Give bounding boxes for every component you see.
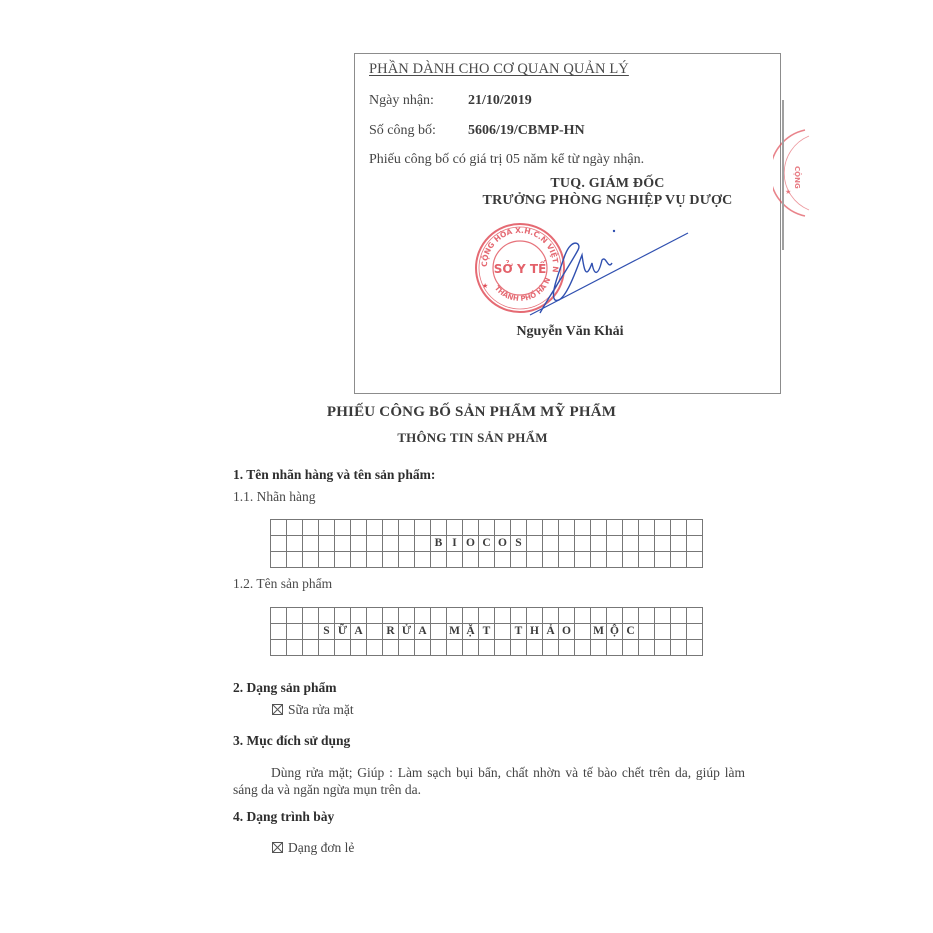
presentation-option-label: Dạng đơn lẻ: [288, 840, 354, 855]
grid-cell: [687, 624, 703, 640]
grid-cell: Ộ: [607, 624, 623, 640]
grid-cell: [319, 640, 335, 656]
grid-cell: [575, 552, 591, 568]
grid-cell: [591, 520, 607, 536]
grid-cell: [287, 536, 303, 552]
grid-cell: [399, 536, 415, 552]
grid-cell: [543, 640, 559, 656]
grid-cell: [287, 608, 303, 624]
grid-cell: [399, 608, 415, 624]
grid-cell: [559, 520, 575, 536]
grid-cell: [495, 640, 511, 656]
grid-cell: [335, 552, 351, 568]
grid-cell: T: [479, 624, 495, 640]
grid-cell: [687, 520, 703, 536]
grid-cell: [367, 536, 383, 552]
grid-cell: [575, 608, 591, 624]
grid-cell: [271, 536, 287, 552]
grid-cell: [639, 624, 655, 640]
grid-cell: [367, 552, 383, 568]
grid-cell: C: [623, 624, 639, 640]
announcement-no-label: Số công bố:: [369, 123, 436, 139]
grid-cell: [335, 520, 351, 536]
grid-cell: [559, 552, 575, 568]
grid-cell: [303, 608, 319, 624]
grid-cell: [639, 520, 655, 536]
grid-cell: [463, 608, 479, 624]
grid-cell: [559, 608, 575, 624]
grid-cell: [335, 536, 351, 552]
grid-cell: [431, 520, 447, 536]
grid-cell: [431, 552, 447, 568]
grid-cell: [383, 608, 399, 624]
grid-cell: I: [447, 536, 463, 552]
grid-cell: [479, 640, 495, 656]
checked-box-icon: [272, 704, 283, 715]
grid-cell: [463, 520, 479, 536]
grid-cell: [383, 520, 399, 536]
grid-cell: [447, 520, 463, 536]
side-stamp-fragment-icon: CỘNG ★: [773, 128, 813, 218]
grid-cell: [303, 640, 319, 656]
grid-cell: [607, 520, 623, 536]
grid-cell: [607, 608, 623, 624]
grid-cell: [319, 608, 335, 624]
grid-cell: [431, 640, 447, 656]
grid-cell: [655, 624, 671, 640]
grid-cell: [335, 640, 351, 656]
grid-cell: [495, 520, 511, 536]
grid-cell: [591, 552, 607, 568]
grid-cell: [527, 608, 543, 624]
grid-cell: [399, 640, 415, 656]
grid-cell: [687, 640, 703, 656]
grid-cell: [543, 520, 559, 536]
grid-cell: [671, 608, 687, 624]
product-name-grid: SỮARỬAMẶTTHẢOMỘC: [270, 607, 703, 656]
document-subtitle: THÔNG TIN SẢN PHẨM: [6, 430, 933, 446]
grid-cell: H: [527, 624, 543, 640]
grid-cell: [527, 552, 543, 568]
grid-cell: [575, 624, 591, 640]
signature-icon: [510, 225, 700, 325]
grid-cell: O: [559, 624, 575, 640]
grid-cell: A: [415, 624, 431, 640]
grid-cell: [271, 520, 287, 536]
grid-cell: [447, 552, 463, 568]
grid-cell: [527, 536, 543, 552]
brand-label: 1.1. Nhãn hàng: [233, 489, 315, 505]
grid-cell: [303, 552, 319, 568]
grid-cell: [303, 536, 319, 552]
grid-cell: [575, 536, 591, 552]
grid-cell: [271, 624, 287, 640]
document-title: PHIẾU CÔNG BỐ SẢN PHẨM MỸ PHẨM: [5, 404, 933, 421]
grid-cell: [495, 608, 511, 624]
checked-box-icon: [272, 842, 283, 853]
grid-cell: [511, 608, 527, 624]
grid-cell: [687, 536, 703, 552]
grid-cell: [591, 608, 607, 624]
grid-cell: Ả: [543, 624, 559, 640]
presentation-option: Dạng đơn lẻ: [272, 840, 354, 856]
section-2-heading: 2. Dạng sản phẩm: [233, 680, 337, 696]
grid-cell: Ử: [399, 624, 415, 640]
grid-cell: [623, 536, 639, 552]
grid-cell: Ặ: [463, 624, 479, 640]
grid-cell: [655, 608, 671, 624]
brand-name-grid: BIOCOS: [270, 519, 703, 568]
grid-cell: [543, 552, 559, 568]
page-edge-line: [782, 100, 784, 250]
grid-cell: [607, 552, 623, 568]
grid-cell: [447, 640, 463, 656]
grid-cell: [367, 608, 383, 624]
section-1-heading: 1. Tên nhãn hàng và tên sản phẩm:: [233, 467, 435, 483]
official-use-heading: PHẦN DÀNH CHO CƠ QUAN QUẢN LÝ: [369, 61, 629, 78]
grid-cell: [383, 536, 399, 552]
svg-text:CỘNG: CỘNG: [793, 166, 802, 189]
grid-cell: O: [495, 536, 511, 552]
grid-cell: [367, 520, 383, 536]
grid-cell: [495, 552, 511, 568]
grid-cell: [383, 640, 399, 656]
grid-cell: M: [447, 624, 463, 640]
grid-cell: S: [319, 624, 335, 640]
grid-cell: R: [383, 624, 399, 640]
grid-cell: [287, 552, 303, 568]
grid-cell: [415, 552, 431, 568]
grid-cell: [335, 608, 351, 624]
signer-name: Nguyễn Văn Khải: [495, 324, 645, 340]
grid-cell: S: [511, 536, 527, 552]
grid-cell: [479, 520, 495, 536]
svg-text:★: ★: [482, 282, 488, 290]
grid-cell: [671, 536, 687, 552]
grid-cell: [351, 640, 367, 656]
grid-cell: [607, 640, 623, 656]
grid-cell: [543, 608, 559, 624]
grid-cell: [527, 520, 543, 536]
grid-cell: [399, 552, 415, 568]
grid-cell: [671, 624, 687, 640]
svg-text:★: ★: [785, 188, 791, 196]
sign-title-director: TUQ. GIÁM ĐỐC: [395, 176, 820, 192]
grid-cell: Ữ: [335, 624, 351, 640]
usage-purpose-text: Dùng rửa mặt; Giúp : Làm sạch bụi bẩn, c…: [233, 764, 745, 798]
grid-cell: [431, 624, 447, 640]
grid-cell: [271, 552, 287, 568]
grid-cell: [463, 552, 479, 568]
grid-cell: [463, 640, 479, 656]
grid-cell: [351, 520, 367, 536]
grid-cell: [351, 552, 367, 568]
sign-title-department: TRƯỞNG PHÒNG NGHIỆP VỤ DƯỢC: [395, 193, 820, 209]
grid-cell: [319, 536, 335, 552]
grid-cell: [431, 608, 447, 624]
grid-cell: [591, 536, 607, 552]
grid-cell: [623, 608, 639, 624]
grid-cell: [447, 608, 463, 624]
grid-cell: M: [591, 624, 607, 640]
grid-cell: [367, 624, 383, 640]
product-form-option-label: Sữa rửa mặt: [288, 702, 354, 717]
grid-cell: [671, 640, 687, 656]
grid-cell: [351, 536, 367, 552]
received-date-label: Ngày nhận:: [369, 93, 434, 109]
product-form-option: Sữa rửa mặt: [272, 702, 354, 718]
received-date-value: 21/10/2019: [468, 93, 532, 109]
grid-cell: [511, 552, 527, 568]
grid-cell: [415, 640, 431, 656]
product-name-label: 1.2. Tên sản phẩm: [233, 576, 332, 592]
section-4-heading: 4. Dạng trình bày: [233, 809, 334, 825]
grid-cell: [303, 520, 319, 536]
grid-cell: [367, 640, 383, 656]
official-use-box: PHẦN DÀNH CHO CƠ QUAN QUẢN LÝ Ngày nhận:…: [354, 53, 781, 394]
grid-cell: [511, 520, 527, 536]
grid-cell: [687, 552, 703, 568]
grid-cell: [575, 640, 591, 656]
grid-cell: [271, 608, 287, 624]
grid-cell: [271, 640, 287, 656]
grid-cell: [687, 608, 703, 624]
grid-cell: [479, 608, 495, 624]
grid-cell: [671, 520, 687, 536]
grid-cell: [415, 536, 431, 552]
grid-cell: [383, 552, 399, 568]
grid-cell: [287, 640, 303, 656]
grid-cell: [511, 640, 527, 656]
grid-cell: [559, 536, 575, 552]
grid-cell: [351, 608, 367, 624]
grid-cell: [415, 608, 431, 624]
grid-cell: [415, 520, 431, 536]
grid-cell: [623, 640, 639, 656]
grid-cell: [655, 552, 671, 568]
grid-cell: [559, 640, 575, 656]
grid-cell: [287, 624, 303, 640]
grid-cell: [623, 520, 639, 536]
grid-cell: [639, 536, 655, 552]
grid-cell: [623, 552, 639, 568]
grid-cell: A: [351, 624, 367, 640]
grid-cell: T: [511, 624, 527, 640]
grid-cell: [575, 520, 591, 536]
grid-cell: [527, 640, 543, 656]
validity-note: Phiếu công bố có giá trị 05 năm kể từ ng…: [369, 152, 644, 168]
grid-cell: [319, 520, 335, 536]
grid-cell: [479, 552, 495, 568]
grid-cell: [399, 520, 415, 536]
grid-cell: [655, 520, 671, 536]
grid-cell: [495, 624, 511, 640]
grid-cell: [639, 552, 655, 568]
grid-cell: [607, 536, 623, 552]
announcement-no-value: 5606/19/CBMP-HN: [468, 123, 585, 139]
grid-cell: O: [463, 536, 479, 552]
grid-cell: [639, 640, 655, 656]
grid-cell: [543, 536, 559, 552]
grid-cell: [671, 552, 687, 568]
grid-cell: [655, 640, 671, 656]
grid-cell: [639, 608, 655, 624]
grid-cell: B: [431, 536, 447, 552]
grid-cell: [303, 624, 319, 640]
grid-cell: [655, 536, 671, 552]
grid-cell: C: [479, 536, 495, 552]
grid-cell: [591, 640, 607, 656]
grid-cell: [287, 520, 303, 536]
section-3-heading: 3. Mục đích sử dụng: [233, 733, 350, 749]
grid-cell: [319, 552, 335, 568]
